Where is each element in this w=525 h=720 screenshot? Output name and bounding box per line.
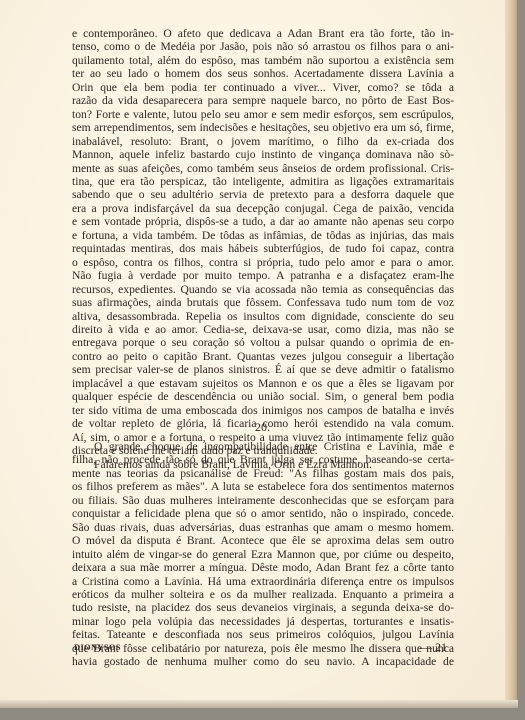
text-line: qualquer espécie de descendência ou uniã… [72,390,454,403]
text-line: e fortuna, a vida também. De tôdas as in… [72,229,454,242]
text-line: ou filiais. São duas mulheres inteiramen… [72,494,454,507]
text-line: deixara a sua mãe morrer a míngua. Dêste… [72,561,454,574]
text-line: a Cristina como a Lavínia. Há uma extrao… [72,575,454,588]
text-line: entregava porque o seu coração só voltou… [72,336,454,349]
page-number: — 21 [420,640,447,655]
text-line: eróticos da mulher solteira e os da mulh… [72,588,454,601]
text-line: feitas. Tateante e desconfiada nos seus … [72,628,454,641]
text-line: filha, não procede tão só do que Brant j… [72,453,454,466]
text-line: sem arrependimentos, sem indecisões e he… [72,121,454,134]
text-line: Mannon, aquele infeliz bastardo cujo ins… [72,148,454,161]
text-line: mente nas teorias da psicanálise de Freu… [72,467,454,480]
text-line: e contemporâneo. O afeto que dedicava a … [72,27,454,40]
section-number: 20. [0,420,525,435]
text-line: intuito além de vingar-se do general Ezr… [72,548,454,561]
text-line: O móvel da disputa é Brant. Acontece que… [72,534,454,547]
section-20-text: O grande choque de incompatibilidade ent… [72,440,454,669]
text-line: ter sido vítima de uma emboscada dos ini… [72,404,454,417]
text-line: minar logo pela volúpia das necessidades… [72,615,454,628]
running-footer-journal: DIONYSOS [74,642,121,652]
text-line: contro ao peito o capitão Brant. Quantas… [72,350,454,363]
text-line: suas afirmações, ainda brutais que fôsse… [72,296,454,309]
text-line: os filhos preferem as mães". A luta se e… [72,480,454,493]
page-stack-right-edge [505,0,517,706]
text-line: inabalável, resoluto: Brant, o jovem mar… [72,135,454,148]
text-line: direito à vida e ao amor. Cedia-se, deix… [72,323,454,336]
text-line: requintadas mentiras, dos mais hábeis su… [72,242,454,255]
text-line: ter ao seu lado o homem dos seus sonhos.… [72,67,454,80]
text-line: sem precisar valer-se de planos sinistro… [72,363,454,376]
text-line: havia gostado de nenhuma mulher como do … [72,655,454,668]
text-line: O grande choque de incompatibilidade ent… [72,440,454,453]
text-line: ton? Forte e valente, lutou pelo seu amo… [72,108,454,121]
text-line: tina, que era tão perspicaz, tão intelig… [72,175,454,188]
text-line: implacável a que estavam sujeitos os Man… [72,377,454,390]
text-line: mente as suas afeições, como também seus… [72,162,454,175]
text-line: recursos, expedientes. Quando se via aco… [72,283,454,296]
text-line: tenso, como o de Medéia por Jasão, pois … [72,40,454,53]
text-line: que Brant fôsse celibatário por natureza… [72,642,454,655]
text-line: Orin que ela bem podia ter continuado a … [72,81,454,94]
text-line: Não fugia à verdade por muito tempo. A p… [72,269,454,282]
text-line: quilamento total, além do espôso, mas ta… [72,54,454,67]
text-line: o espôso, contra os filhos, contra si pr… [72,256,454,269]
text-line: razão da vida desaparecera para sempre n… [72,94,454,107]
page-stack-bottom-edge [0,700,518,708]
text-line: era a prova indisfarçável da sua decepçã… [72,202,454,215]
text-line: e sem vontade própria, dispôs-se a tudo,… [72,215,454,228]
text-line: sabendo que o seu adultério servia de pr… [72,188,454,201]
text-line: conquistar a felicidade plena que só o a… [72,507,454,520]
text-line: altiva, desassombrada. Repelia os insult… [72,310,454,323]
text-line: tudo resiste, na placidez dos seus devan… [72,601,454,614]
text-line: São duas rivais, duas adversárias, duas … [72,521,454,534]
section-19-continued-text: e contemporâneo. O afeto que dedicava a … [72,27,454,471]
